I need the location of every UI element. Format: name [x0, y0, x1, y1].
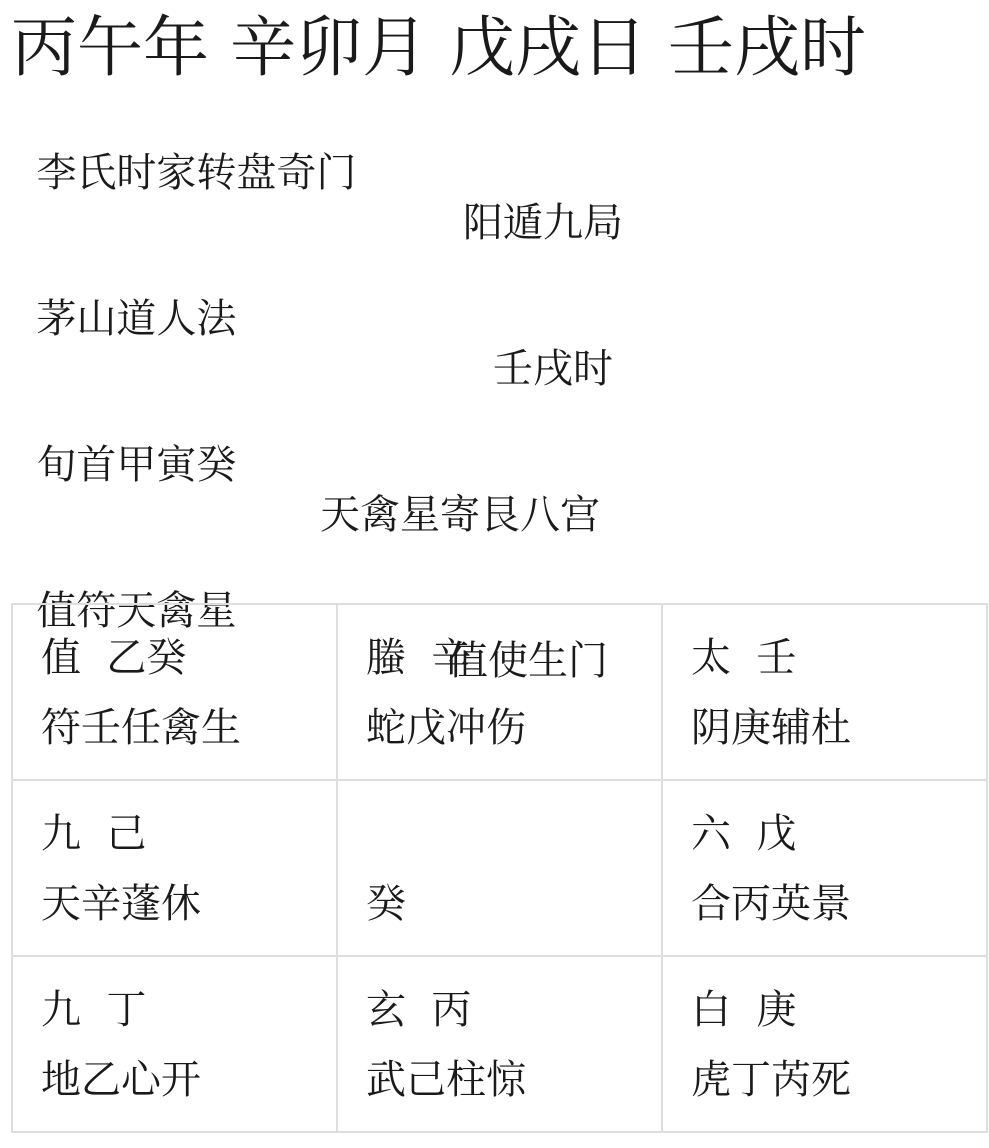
palace-line-1: 玄 丙: [366, 975, 661, 1045]
palace-line-2: 阴庚辅杜: [691, 693, 986, 763]
nine-palace-grid: 值 乙癸 符壬任禽生 螣 辛 蛇戊冲伤 太 壬 阴庚辅杜 九 己 天辛蓬休: [11, 603, 988, 1133]
subtitle-line: 李氏时家转盘奇门 阳遁九局: [11, 98, 356, 248]
palace-line-1: 太 壬: [691, 623, 986, 693]
palace-line-2: 武己柱惊: [366, 1045, 661, 1115]
palace-cell-bottom-right: 白 庚 虎丁芮死: [662, 956, 987, 1132]
palace-line-2: 天辛蓬休: [41, 869, 336, 939]
subtitle-ju-number: 阳遁九局: [463, 198, 623, 248]
palace-line-1: 白 庚: [691, 975, 986, 1045]
palace-line-2: 符壬任禽生: [41, 693, 336, 763]
palace-line-1: [366, 799, 661, 869]
grid-row-top: 值 乙癸 符壬任禽生 螣 辛 蛇戊冲伤 太 壬 阴庚辅杜: [12, 604, 987, 780]
palace-line-2: 蛇戊冲伤: [366, 693, 661, 763]
page-title: 丙午年 辛卯月 戊戌日 壬戌时: [11, 8, 866, 88]
palace-line-2: 虎丁芮死: [691, 1045, 986, 1115]
xunshou-label: 旬首甲寅癸: [36, 442, 236, 488]
palace-line-1: 值 乙癸: [41, 623, 336, 693]
grid-row-bottom: 九 丁 地乙心开 玄 丙 武己柱惊 白 庚 虎丁芮死: [12, 956, 987, 1132]
palace-line-1: 六 戊: [691, 799, 986, 869]
xunshou-star-palace: 天禽星寄艮八宫: [320, 490, 600, 540]
palace-line-1: 螣 辛: [366, 623, 661, 693]
palace-line-2: 地乙心开: [41, 1045, 336, 1115]
palace-cell-middle-left: 九 己 天辛蓬休: [12, 780, 337, 956]
subtitle-method-name: 李氏时家转盘奇门: [36, 150, 356, 196]
palace-line-2: 癸: [366, 869, 661, 939]
grid-row-middle: 九 己 天辛蓬休 癸 六 戊 合丙英景: [12, 780, 987, 956]
palace-cell-top-left: 值 乙癸 符壬任禽生: [12, 604, 337, 780]
palace-cell-middle-right: 六 戊 合丙英景: [662, 780, 987, 956]
palace-cell-center: 癸: [337, 780, 662, 956]
method-line: 茅山道人法 壬戌时: [11, 244, 236, 394]
method-hour: 壬戌时: [493, 344, 613, 394]
palace-cell-bottom-center: 玄 丙 武己柱惊: [337, 956, 662, 1132]
palace-line-1: 九 己: [41, 799, 336, 869]
palace-cell-top-center: 螣 辛 蛇戊冲伤: [337, 604, 662, 780]
palace-line-2: 合丙英景: [691, 869, 986, 939]
palace-line-1: 九 丁: [41, 975, 336, 1045]
palace-cell-bottom-left: 九 丁 地乙心开: [12, 956, 337, 1132]
method-name: 茅山道人法: [36, 296, 236, 342]
palace-cell-top-right: 太 壬 阴庚辅杜: [662, 604, 987, 780]
xunshou-line: 旬首甲寅癸 天禽星寄艮八宫: [11, 390, 236, 540]
